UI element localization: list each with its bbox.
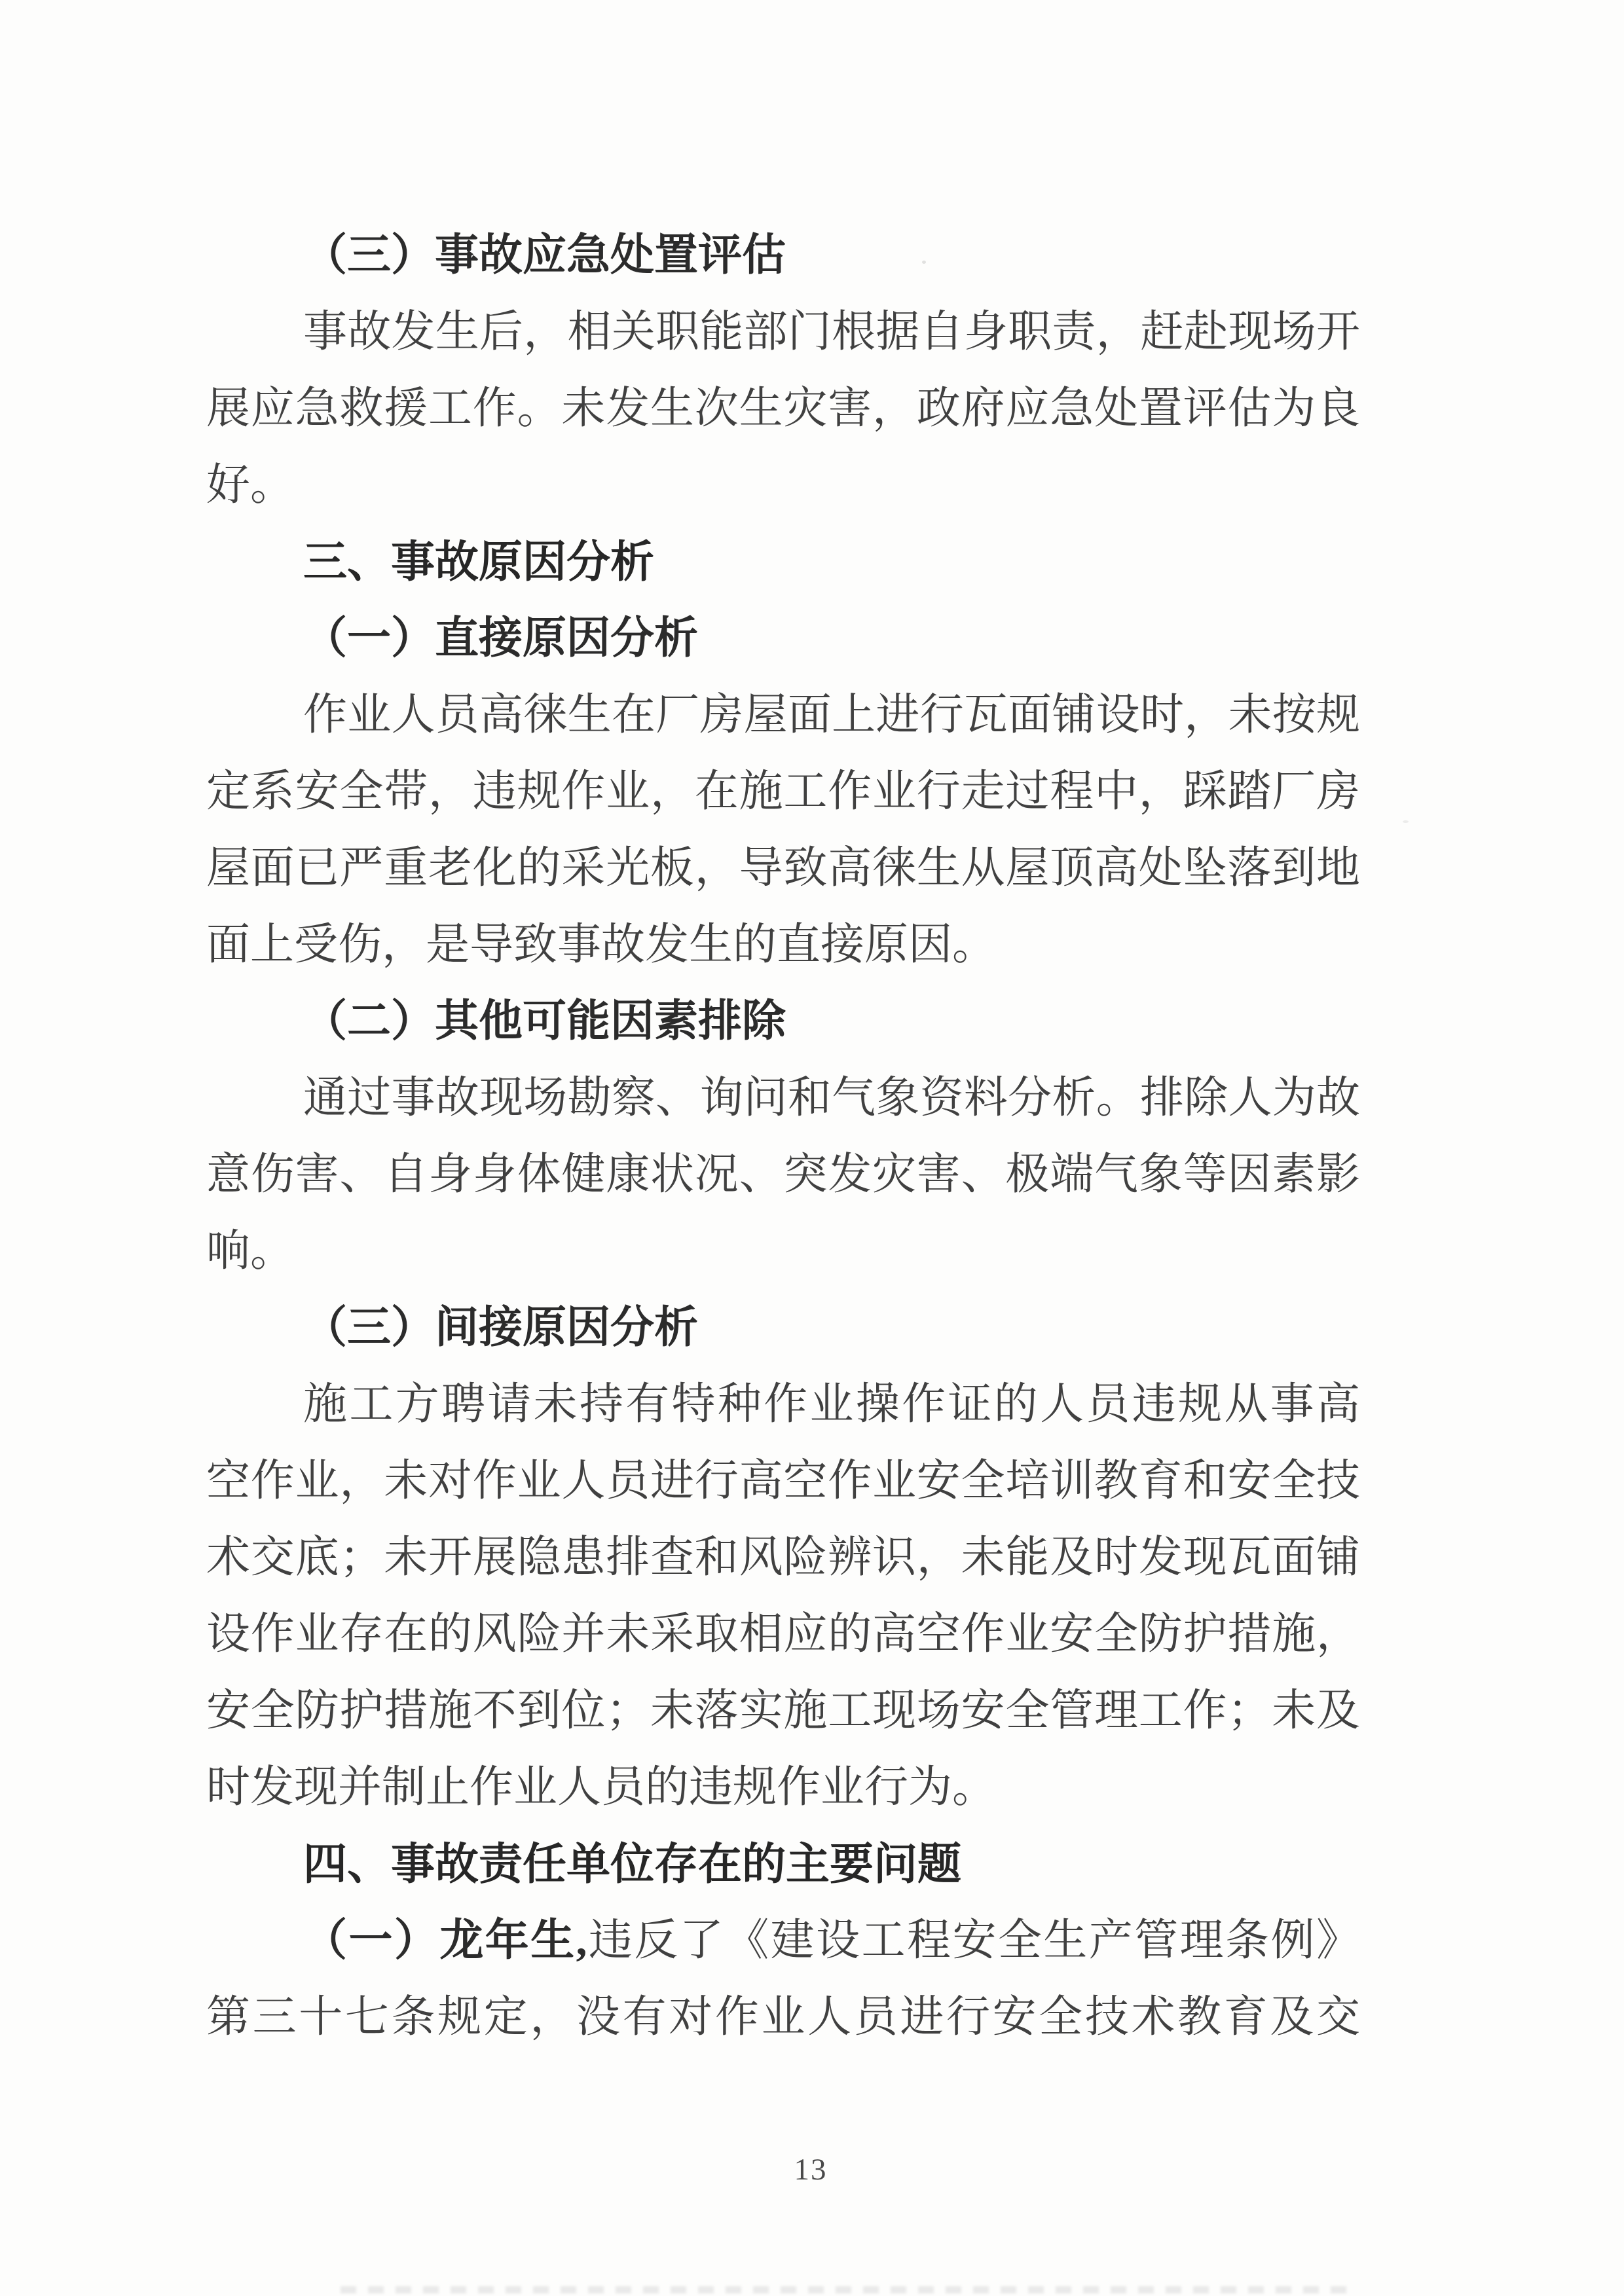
section-heading-l2: （三）间接原因分析	[206, 1290, 1360, 1366]
paragraph: 施工方聘请未持有特种作业操作证的人员违规从事高 空作业，未对作业人员进行高空作业…	[206, 1366, 1360, 1826]
text-line: 屋面已严重老化的采光板，导致高徕生从屋顶高处坠落到地	[206, 830, 1360, 907]
text-line: 时发现并制止作业人员的违规作业行为。	[206, 1749, 1360, 1826]
text-line: 安全防护措施不到位；未落实施工现场安全管理工作；未及	[206, 1673, 1360, 1749]
paragraph: （一）龙年生,违反了《建设工程安全生产管理条例》 第三十七条规定，没有对作业人员…	[206, 1903, 1360, 2056]
text-line: 好。	[206, 447, 1360, 524]
section-heading-l2: （一）直接原因分析	[206, 600, 1360, 677]
text-line: 设作业存在的风险并未采取相应的高空作业安全防护措施，	[206, 1596, 1360, 1673]
text-line: （三）间接原因分析	[206, 1290, 1360, 1366]
text-line: 展应急救援工作。未发生次生灾害，政府应急处置评估为良	[206, 371, 1360, 447]
text-line: 第三十七条规定，没有对作业人员进行安全技术教育及交	[206, 1979, 1360, 2056]
paragraph: 事故发生后，相关职能部门根据自身职责，赶赴现场开 展应急救援工作。未发生次生灾害…	[206, 294, 1360, 524]
text-line: 意伤害、自身身体健康状况、突发灾害、极端气象等因素影	[206, 1137, 1360, 1213]
text-line: （二）其他可能因素排除	[206, 983, 1360, 1060]
text-line: 事故发生后，相关职能部门根据自身职责，赶赴现场开	[206, 294, 1360, 371]
section-heading-l1: 四、事故责任单位存在的主要问题	[206, 1826, 1360, 1903]
scan-speck	[1403, 820, 1409, 823]
section-heading-l1: 三、事故原因分析	[206, 524, 1360, 600]
text-line: （一）龙年生,违反了《建设工程安全生产管理条例》	[206, 1903, 1360, 1979]
document-text-column: （三）事故应急处置评估 事故发生后，相关职能部门根据自身职责，赶赴现场开 展应急…	[206, 217, 1360, 2056]
bold-run: （一）龙年生,	[303, 1916, 587, 1965]
text-line: 通过事故现场勘察、询问和气象资料分析。排除人为故	[206, 1060, 1360, 1137]
text-line: （三）事故应急处置评估	[206, 217, 1360, 294]
text-line: 术交底；未开展隐患排查和风险辨识，未能及时发现瓦面铺	[206, 1520, 1360, 1596]
bleed-through-artifact	[341, 2286, 1356, 2293]
text-line: 作业人员高徕生在厂房屋面上进行瓦面铺设时，未按规	[206, 677, 1360, 754]
text-line: （一）直接原因分析	[206, 600, 1360, 677]
text-line: 响。	[206, 1213, 1360, 1290]
page-number: 13	[771, 2153, 850, 2187]
text-line: 施工方聘请未持有特种作业操作证的人员违规从事高	[206, 1366, 1360, 1443]
section-heading-l2: （二）其他可能因素排除	[206, 983, 1360, 1060]
document-page: （三）事故应急处置评估 事故发生后，相关职能部门根据自身职责，赶赴现场开 展应急…	[0, 0, 1624, 2296]
scan-speck	[922, 261, 926, 264]
text-line: 面上受伤，是导致事故发生的直接原因。	[206, 907, 1360, 983]
text-line: 三、事故原因分析	[206, 524, 1360, 600]
text-line: 四、事故责任单位存在的主要问题	[206, 1826, 1360, 1903]
text-line: 空作业，未对作业人员进行高空作业安全培训教育和安全技	[206, 1443, 1360, 1520]
paragraph: 作业人员高徕生在厂房屋面上进行瓦面铺设时，未按规 定系安全带，违规作业，在施工作…	[206, 677, 1360, 983]
section-heading-l2: （三）事故应急处置评估	[206, 217, 1360, 294]
paragraph: 通过事故现场勘察、询问和气象资料分析。排除人为故 意伤害、自身身体健康状况、突发…	[206, 1060, 1360, 1290]
text-run: 违反了《建设工程安全生产管理条例》	[587, 1916, 1360, 1965]
text-line: 定系安全带，违规作业，在施工作业行走过程中，踩踏厂房	[206, 754, 1360, 830]
